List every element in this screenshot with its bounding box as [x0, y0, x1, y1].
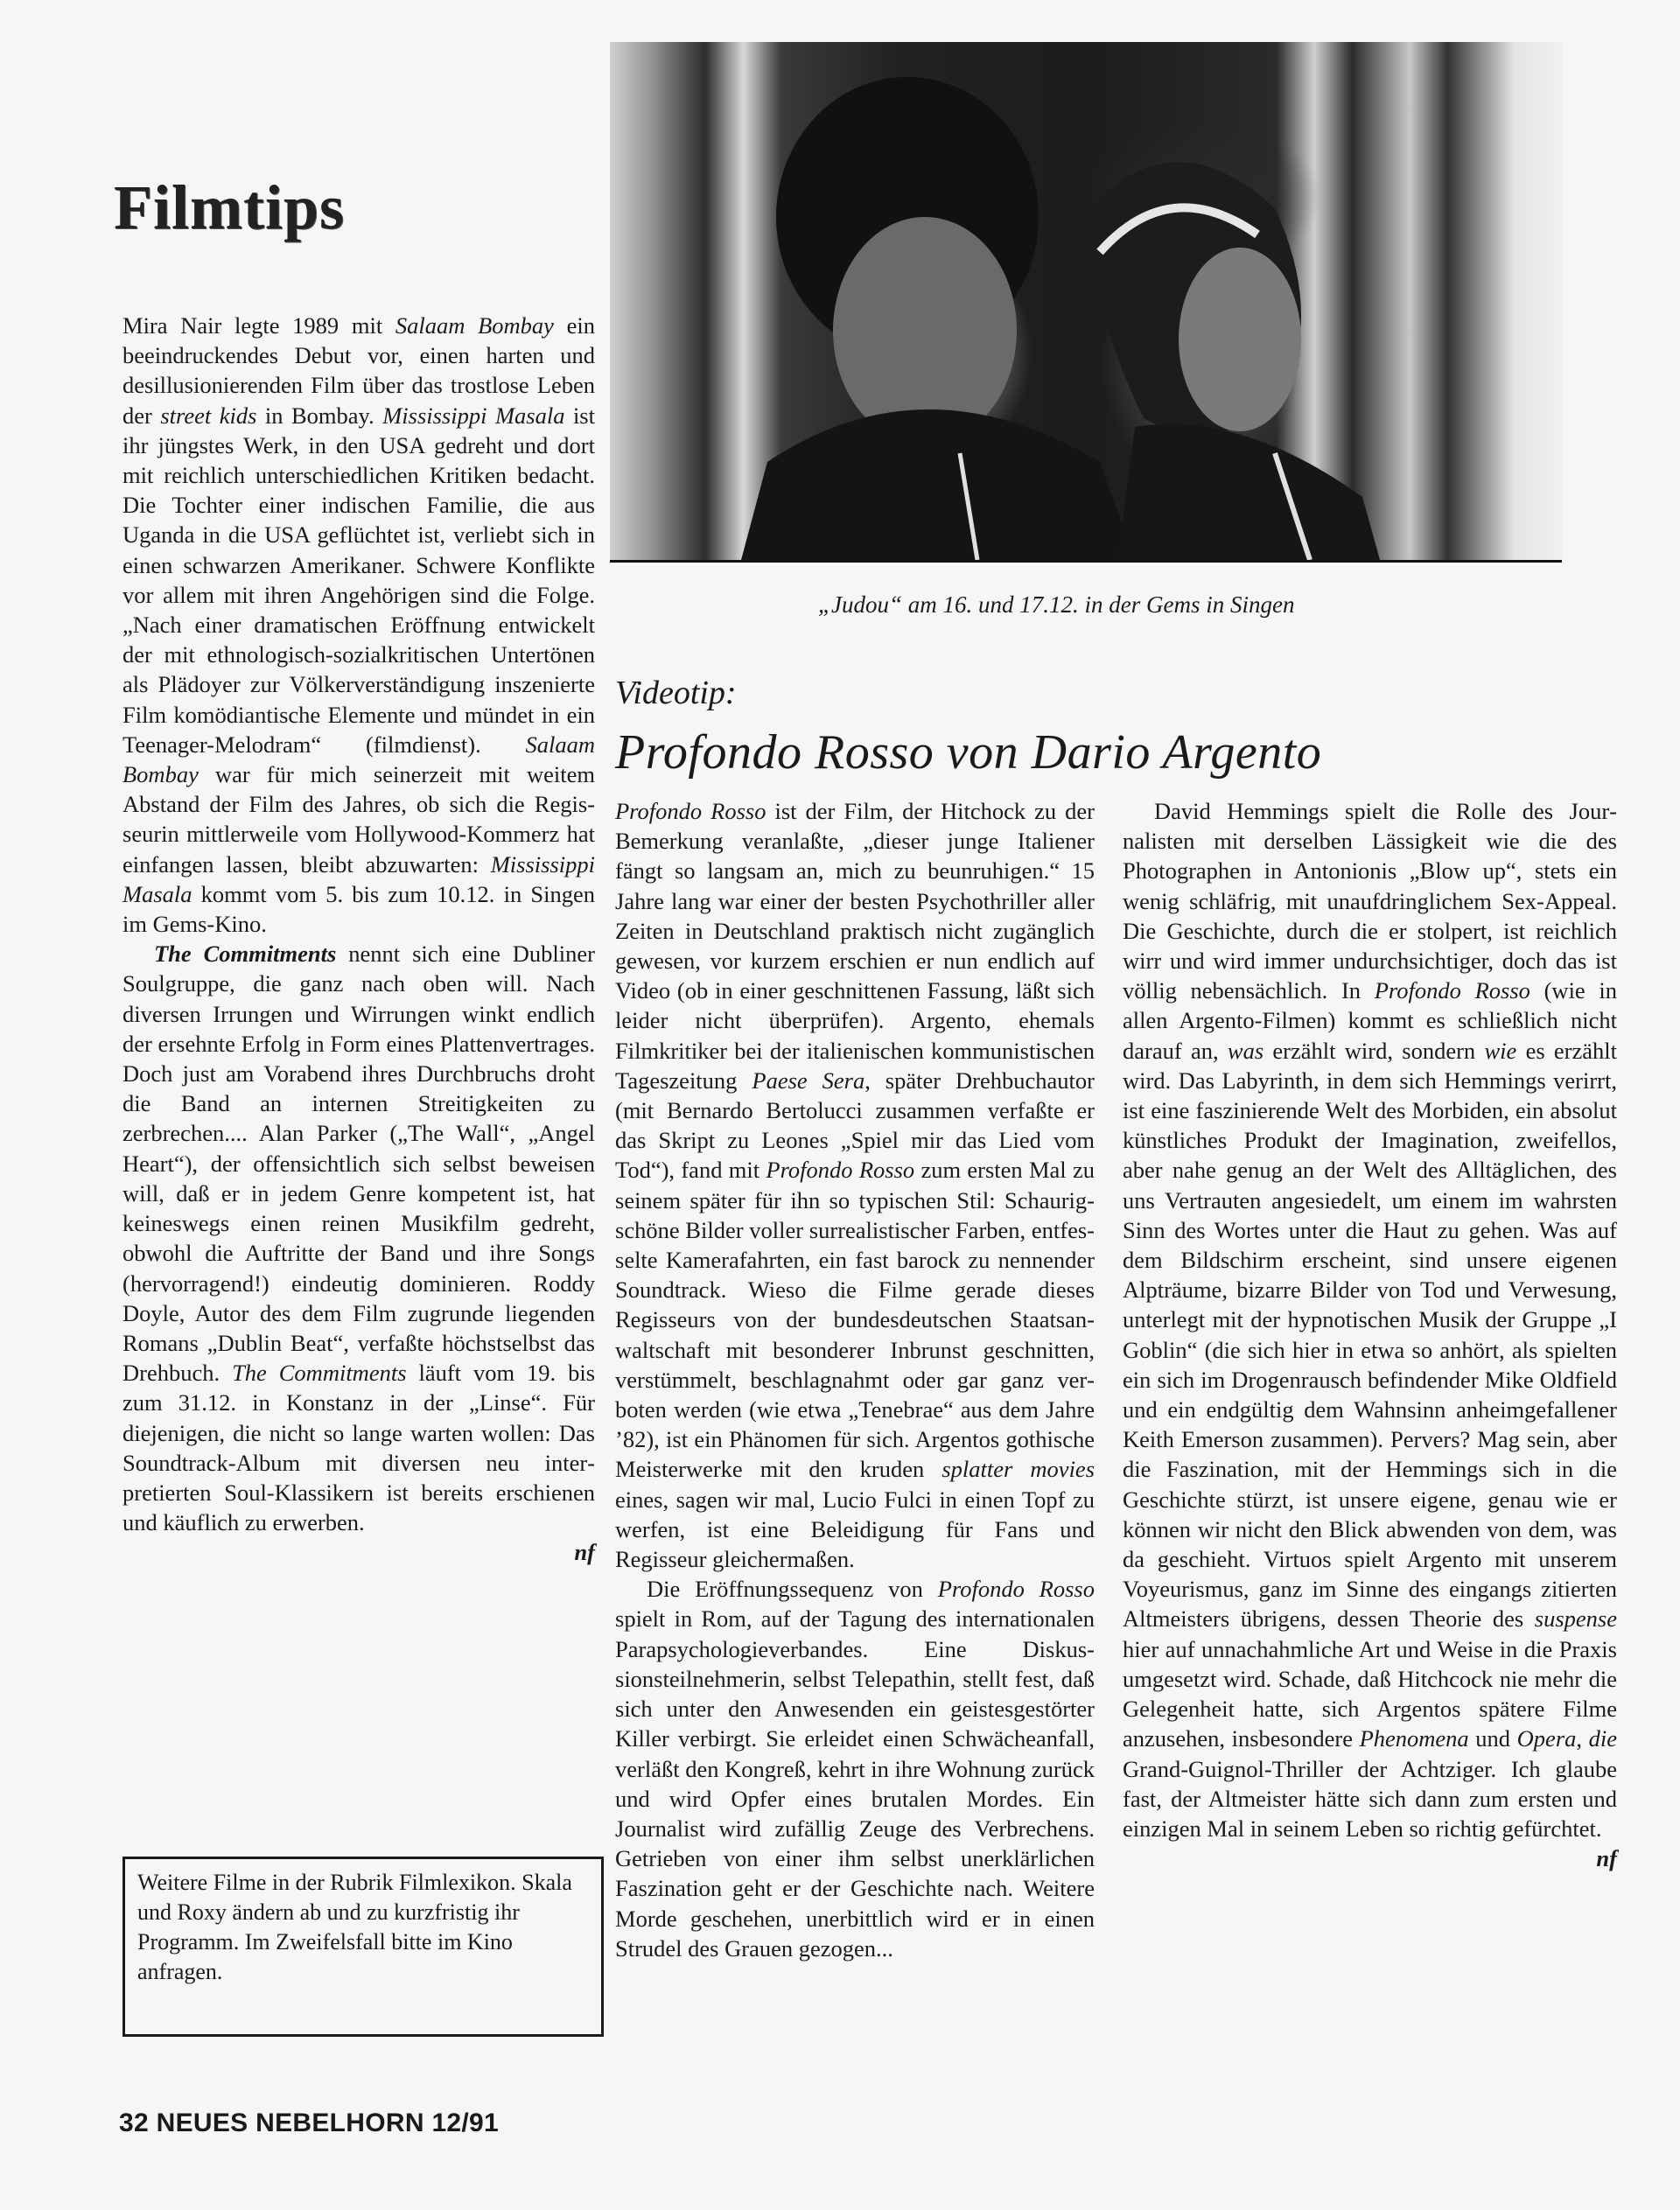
- videotip-headline: Profondo Rosso von Dario Argento: [615, 724, 1321, 780]
- section-title: Filmtips: [114, 171, 345, 244]
- videotip-paragraph-3: David Hemmings spielt die Rolle des Jour…: [1123, 796, 1617, 1843]
- videotip-column-middle: Profondo Rosso ist der Film, der Hitchoc…: [615, 796, 1095, 1963]
- author-signature: nf: [1596, 1843, 1617, 1873]
- info-box-text: Weitere Filme in der Rubrik Filmlexikon.…: [137, 1870, 572, 1984]
- page-footer: 32 NEUES NEBELHORN 12/91: [119, 2109, 499, 2138]
- videotip-kicker: Videotip:: [615, 674, 737, 712]
- film-still-photo: [610, 42, 1562, 563]
- film-still-figures: [610, 42, 1562, 560]
- videotip-paragraph-2: Die Eröffnungssequenz von Profondo Ros­s…: [615, 1574, 1095, 1963]
- author-signature: nf: [574, 1537, 595, 1567]
- videotip-column-right: David Hemmings spielt die Rolle des Jour…: [1123, 796, 1617, 1873]
- filmtips-paragraph-2: The Commitments nennt sich eine Dubliner…: [122, 939, 595, 1537]
- info-box: Weitere Filme in der Rubrik Filmlexikon.…: [122, 1857, 604, 2037]
- filmtips-column: Mira Nair legte 1989 mit Salaam Bombay e…: [122, 311, 595, 1568]
- filmtips-paragraph-1: Mira Nair legte 1989 mit Salaam Bombay e…: [122, 311, 595, 939]
- videotip-paragraph-1: Profondo Rosso ist der Film, der Hitchoc…: [615, 796, 1095, 1574]
- photo-caption: „Judou“ am 16. und 17.12. in der Gems in…: [818, 591, 1431, 619]
